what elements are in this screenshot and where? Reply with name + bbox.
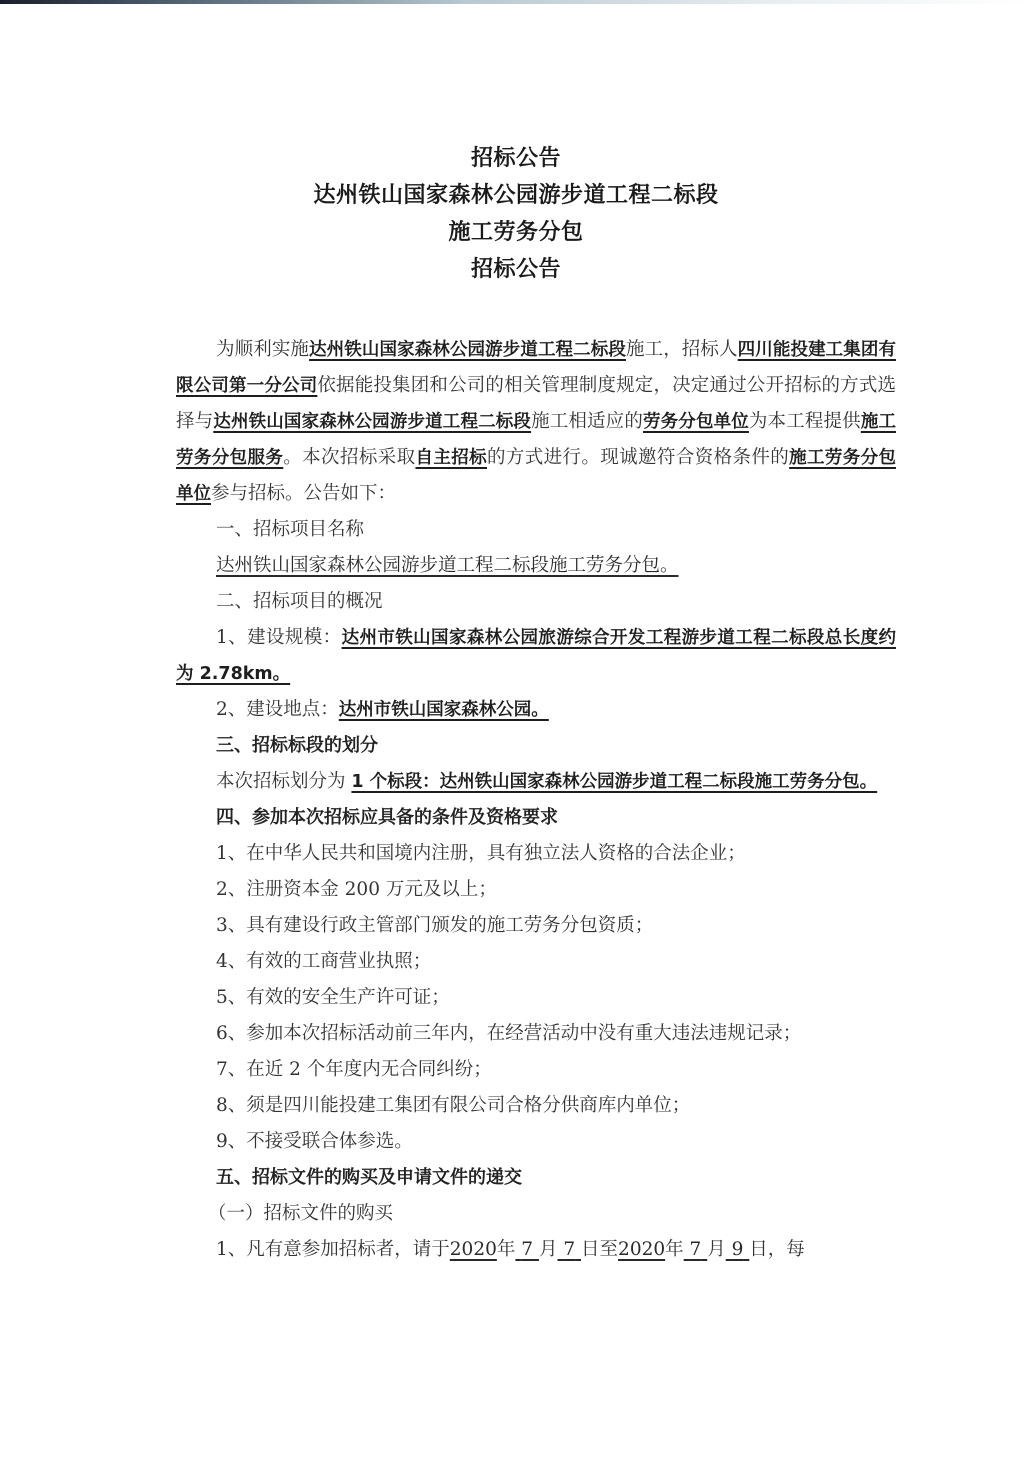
title-line-3: 施工劳务分包 xyxy=(0,214,1032,251)
section5-heading: 五、招标文件的购买及申请文件的递交 xyxy=(176,1160,896,1196)
title-line-1: 招标公告 xyxy=(0,140,1032,177)
start-month-value: 7 xyxy=(521,1239,533,1260)
end-month-value: 7 xyxy=(690,1239,702,1260)
year-label: 年 xyxy=(497,1239,516,1260)
month-label: 月 xyxy=(539,1239,558,1260)
section3-paragraph: 本次招标划分为 1 个标段：达州铁山国家森林公园游步道工程二标段施工劳务分包。 xyxy=(176,764,896,800)
project-name: 达州铁山国家森林公园游步道工程二标段 xyxy=(309,340,626,360)
scan-edge xyxy=(0,0,1032,4)
end-day-value: 9 xyxy=(732,1239,744,1260)
end-year: 2020 xyxy=(618,1239,665,1260)
document-title: 招标公告 达州铁山国家森林公园游步道工程二标段 施工劳务分包 招标公告 xyxy=(0,140,1032,288)
intro-text: 为本工程提供 xyxy=(749,411,861,432)
project-name: 达州铁山国家森林公园游步道工程二标段 xyxy=(213,412,531,432)
scale-label: 1、建设规模： xyxy=(216,627,342,648)
section1-value-row: 达州铁山国家森林公园游步道工程二标段施工劳务分包。 xyxy=(176,548,896,584)
purchase-suffix: 日，每 xyxy=(749,1239,805,1260)
title-line-2: 达州铁山国家森林公园游步道工程二标段 xyxy=(0,177,1032,214)
section2-location: 2、建设地点：达州市铁山国家森林公园。 xyxy=(176,692,896,728)
requirement-item: 2、注册资本金 200 万元及以上； xyxy=(176,872,896,908)
requirement-item: 9、不接受联合体参选。 xyxy=(176,1124,896,1160)
requirement-item: 1、在中华人民共和国境内注册，具有独立法人资格的合法企业； xyxy=(176,836,896,872)
subcontract-unit: 劳务分包单位 xyxy=(643,412,749,432)
requirement-item: 8、须是四川能投建工集团有限公司合格分供商库内单位； xyxy=(176,1088,896,1124)
location-value: 达州市铁山国家森林公园。 xyxy=(339,700,549,720)
start-month: 7 xyxy=(515,1239,539,1260)
section1-heading: 一、招标项目名称 xyxy=(176,512,896,548)
start-day: 7 xyxy=(557,1239,581,1260)
section5-subheading: （一）招标文件的购买 xyxy=(176,1196,896,1232)
intro-text: 参与招标。公告如下： xyxy=(211,483,396,504)
year-label: 年 xyxy=(665,1239,684,1260)
requirement-item: 3、具有建设行政主管部门颁发的施工劳务分包资质； xyxy=(176,908,896,944)
section4-heading: 四、参加本次招标应具备的条件及资格要求 xyxy=(176,800,896,836)
document-body: 为顺利实施达州铁山国家森林公园游步道工程二标段施工，招标人四川能投建工集团有限公… xyxy=(176,332,896,1268)
location-label: 2、建设地点： xyxy=(216,699,339,720)
intro-paragraph: 为顺利实施达州铁山国家森林公园游步道工程二标段施工，招标人四川能投建工集团有限公… xyxy=(176,332,896,512)
requirement-item: 4、有效的工商营业执照； xyxy=(176,944,896,980)
to-label: 日至 xyxy=(581,1239,618,1260)
purchase-period: 1、凡有意参加招标者，请于2020年 7 月 7 日至2020年 7 月 9 日… xyxy=(176,1232,896,1268)
month-label: 月 xyxy=(707,1239,726,1260)
section3-heading: 三、招标标段的划分 xyxy=(176,728,896,764)
start-day-value: 7 xyxy=(563,1239,575,1260)
section3-value: 1 个标段：达州铁山国家森林公园游步道工程二标段施工劳务分包。 xyxy=(351,772,877,792)
tender-method: 自主招标 xyxy=(415,448,487,468)
intro-text: 施工，招标人 xyxy=(626,339,738,360)
section1-value: 达州铁山国家森林公园游步道工程二标段施工劳务分包。 xyxy=(216,555,679,576)
intro-text: 为顺利实施 xyxy=(216,339,309,360)
section3-text: 本次招标划分为 xyxy=(216,771,346,792)
intro-text: 的方式进行。现诚邀符合资格条件的 xyxy=(487,447,789,468)
requirement-item: 7、在近 2 个年度内无合同纠纷； xyxy=(176,1052,896,1088)
end-day: 9 xyxy=(726,1239,750,1260)
section2-scale: 1、建设规模：达州市铁山国家森林公园旅游综合开发工程游步道工程二标段总长度约为 … xyxy=(176,620,896,692)
start-year: 2020 xyxy=(450,1239,497,1260)
requirement-item: 5、有效的安全生产许可证； xyxy=(176,980,896,1016)
purchase-text: 1、凡有意参加招标者，请于 xyxy=(216,1239,450,1260)
intro-text: 。本次招标采取 xyxy=(283,447,415,468)
title-line-4: 招标公告 xyxy=(0,251,1032,288)
intro-text: 施工相适应的 xyxy=(531,411,643,432)
end-month: 7 xyxy=(684,1239,708,1260)
section2-heading: 二、招标项目的概况 xyxy=(176,584,896,620)
requirement-item: 6、参加本次招标活动前三年内，在经营活动中没有重大违法违规记录； xyxy=(176,1016,896,1052)
